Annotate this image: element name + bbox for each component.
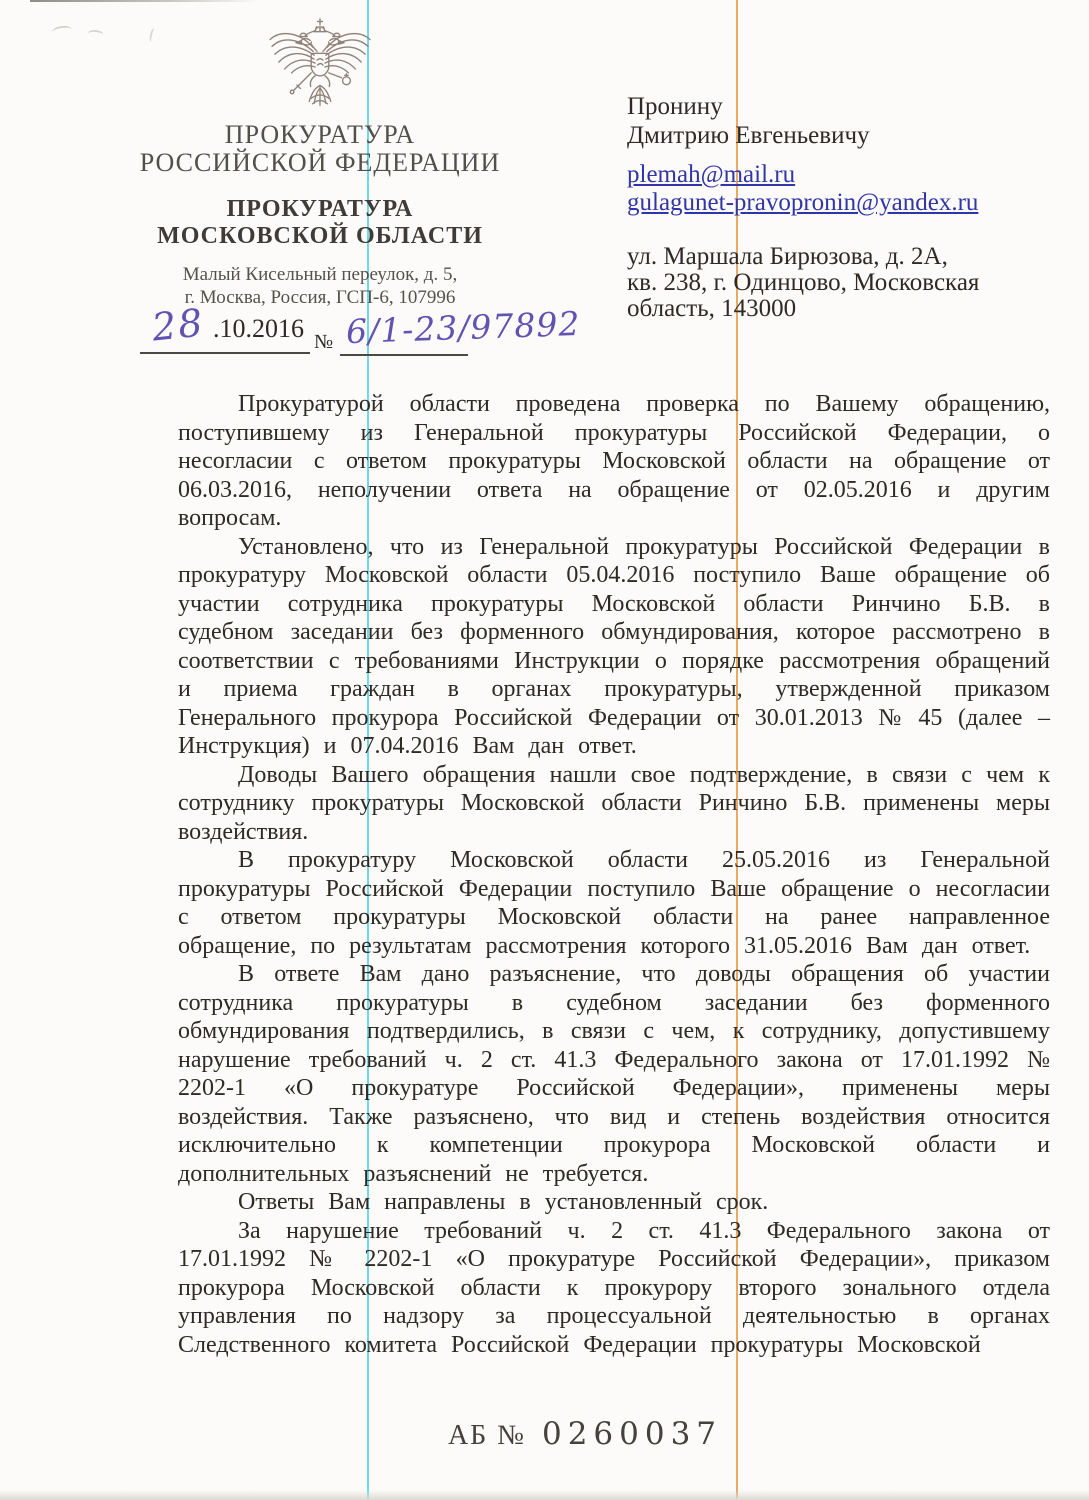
paragraph-6: Ответы Вам направлены в установленный ср… xyxy=(178,1188,1050,1217)
paragraph-4: В прокуратуру Московской области 25.05.2… xyxy=(178,846,1050,960)
paragraph-1: Прокуратурой области проведена проверка … xyxy=(178,390,1050,533)
paragraph-3: Доводы Вашего обращения нашли свое подтв… xyxy=(178,761,1050,847)
org-country-line1: ПРОКУРАТУРА xyxy=(128,121,512,149)
handwritten-day: 28 xyxy=(150,300,207,349)
scan-smudge xyxy=(88,29,104,38)
paragraph-2: Установлено, что из Генеральной прокурат… xyxy=(178,533,1050,761)
number-underline xyxy=(340,354,468,356)
form-number: АБ №0260037 xyxy=(0,1416,1089,1452)
paragraph-5: В ответе Вам дано разъяснение, что довод… xyxy=(178,960,1050,1188)
form-series: АБ № xyxy=(448,1420,526,1451)
scan-top-edge-line xyxy=(30,0,260,2)
recipient-email-2: gulagunet-pravopronin@yandex.ru xyxy=(627,189,1027,217)
org-name-line2: МОСКОВСКОЙ ОБЛАСТИ xyxy=(128,223,512,250)
double-headed-eagle-emblem-icon xyxy=(264,18,376,116)
number-sign: № xyxy=(314,331,333,354)
org-address-line1: Малый Кисельный переулок, д. 5, xyxy=(128,263,512,286)
paragraph-7: За нарушение требований ч. 2 ст. 41.3 Фе… xyxy=(178,1217,1050,1360)
recipient-address-line3: область, 143000 xyxy=(627,296,1027,322)
printed-date: .10.2016 xyxy=(213,314,304,344)
letter-body: Прокуратурой области проведена проверка … xyxy=(178,390,1050,1359)
form-digits: 0260037 xyxy=(542,1416,722,1452)
date-underline xyxy=(140,352,310,354)
org-country-line2: РОССИЙСКОЙ ФЕДЕРАЦИИ xyxy=(128,149,512,177)
handwritten-outgoing-number: 6/1-23/97892 xyxy=(345,304,581,351)
letterhead: ПРОКУРАТУРА РОССИЙСКОЙ ФЕДЕРАЦИИ ПРОКУРА… xyxy=(128,18,512,309)
recipient-block: Пронину Дмитрию Евгеньевичу plemah@mail.… xyxy=(627,92,1027,322)
recipient-email-1: plemah@mail.ru xyxy=(627,161,1027,189)
recipient-address-line1: ул. Маршала Бирюзова, д. 2А, xyxy=(627,244,1027,270)
scanned-letter-page: ПРОКУРАТУРА РОССИЙСКОЙ ФЕДЕРАЦИИ ПРОКУРА… xyxy=(0,0,1089,1500)
recipient-address-line2: кв. 238, г. Одинцово, Московская xyxy=(627,270,1027,296)
org-name-line1: ПРОКУРАТУРА xyxy=(128,196,512,223)
recipient-name-patronymic: Дмитрию Евгеньевичу xyxy=(627,121,1027,150)
scan-bottom-shadow xyxy=(0,1490,1089,1500)
scan-smudge xyxy=(51,25,72,38)
recipient-surname: Пронину xyxy=(627,92,1027,121)
